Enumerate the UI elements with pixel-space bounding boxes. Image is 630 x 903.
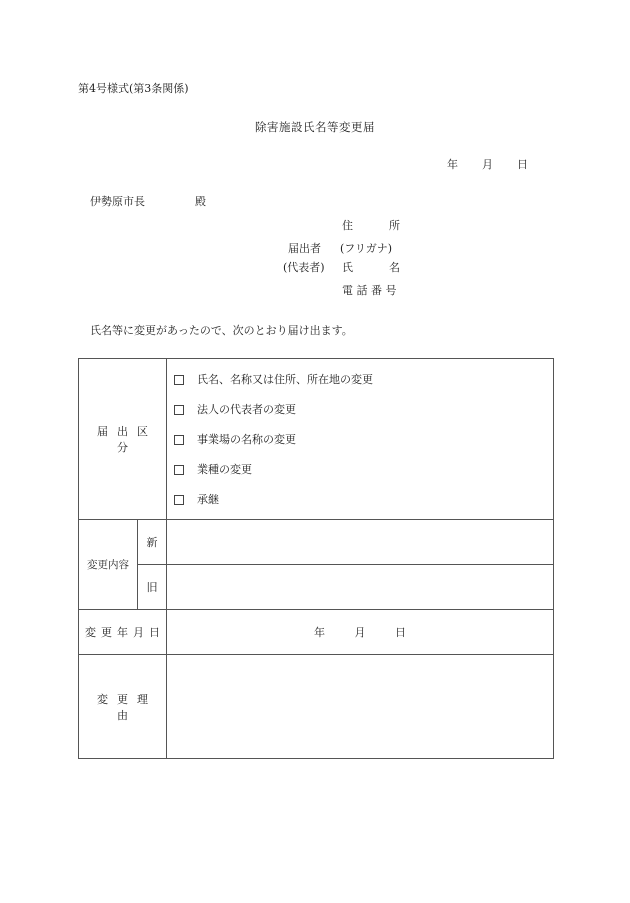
- reason-label: 変更理由: [79, 655, 167, 759]
- change-date-row: 変更年月日 年 月 日: [79, 610, 554, 655]
- option-name-address-change[interactable]: 氏名、名称又は住所、所在地の変更: [173, 365, 553, 395]
- addressee-name: 伊勢原市長: [90, 193, 145, 209]
- checkbox-icon[interactable]: [174, 465, 184, 475]
- option-label: 業種の変更: [197, 455, 252, 485]
- checkbox-icon[interactable]: [174, 435, 184, 445]
- document-title: 除害施設氏名等変更届: [0, 119, 630, 135]
- new-value-field[interactable]: [167, 520, 554, 565]
- old-value-field[interactable]: [167, 565, 554, 610]
- option-label: 氏名、名称又は住所、所在地の変更: [197, 365, 373, 395]
- change-date-day: 日: [395, 624, 406, 640]
- checkbox-icon[interactable]: [174, 495, 184, 505]
- checkbox-icon[interactable]: [174, 405, 184, 415]
- addressee-honorific: 殿: [195, 193, 206, 209]
- option-label: 法人の代表者の変更: [197, 395, 296, 425]
- option-succession[interactable]: 承継: [173, 485, 553, 515]
- statement-text: 氏名等に変更があったので、次のとおり届け出ます。: [90, 322, 353, 338]
- address-label-1: 住: [342, 217, 353, 233]
- change-date-year: 年: [314, 624, 325, 640]
- option-representative-change[interactable]: 法人の代表者の変更: [173, 395, 553, 425]
- option-label: 事業場の名称の変更: [197, 425, 296, 455]
- old-label: 旧: [138, 565, 167, 610]
- reason-row: 変更理由: [79, 655, 554, 759]
- name-label-1: 氏: [342, 259, 353, 275]
- change-date-label: 変更年月日: [79, 610, 167, 655]
- header-date-month[interactable]: 月: [482, 156, 493, 172]
- change-date-field[interactable]: 年 月 日: [167, 610, 554, 655]
- category-options: 氏名、名称又は住所、所在地の変更 法人の代表者の変更 事業場の名称の変更 業種の…: [167, 359, 554, 520]
- option-industry-change[interactable]: 業種の変更: [173, 455, 553, 485]
- category-row: 届出区分 氏名、名称又は住所、所在地の変更 法人の代表者の変更 事業場の名称の変…: [79, 359, 554, 520]
- new-label: 新: [138, 520, 167, 565]
- change-content-label: 変更内容: [79, 520, 138, 610]
- change-new-row: 変更内容 新: [79, 520, 554, 565]
- form-number: 第4号様式(第3条関係): [78, 80, 189, 96]
- change-form-table: 届出区分 氏名、名称又は住所、所在地の変更 法人の代表者の変更 事業場の名称の変…: [78, 358, 554, 759]
- name-label-2: 名: [389, 259, 400, 275]
- phone-label: 電 話 番 号: [342, 282, 397, 298]
- option-facility-name-change[interactable]: 事業場の名称の変更: [173, 425, 553, 455]
- option-label: 承継: [197, 485, 219, 515]
- change-old-row: 旧: [79, 565, 554, 610]
- category-label: 届出区分: [79, 359, 167, 520]
- header-date-year[interactable]: 年: [447, 156, 458, 172]
- checkbox-icon[interactable]: [174, 375, 184, 385]
- reason-field[interactable]: [167, 655, 554, 759]
- applicant-role-label: 届出者: [288, 240, 321, 256]
- header-date-day[interactable]: 日: [517, 156, 528, 172]
- address-label-2: 所: [389, 217, 400, 233]
- change-date-month: 月: [355, 624, 366, 640]
- furigana-label: (フリガナ): [340, 240, 392, 256]
- representative-label: (代表者): [283, 259, 325, 275]
